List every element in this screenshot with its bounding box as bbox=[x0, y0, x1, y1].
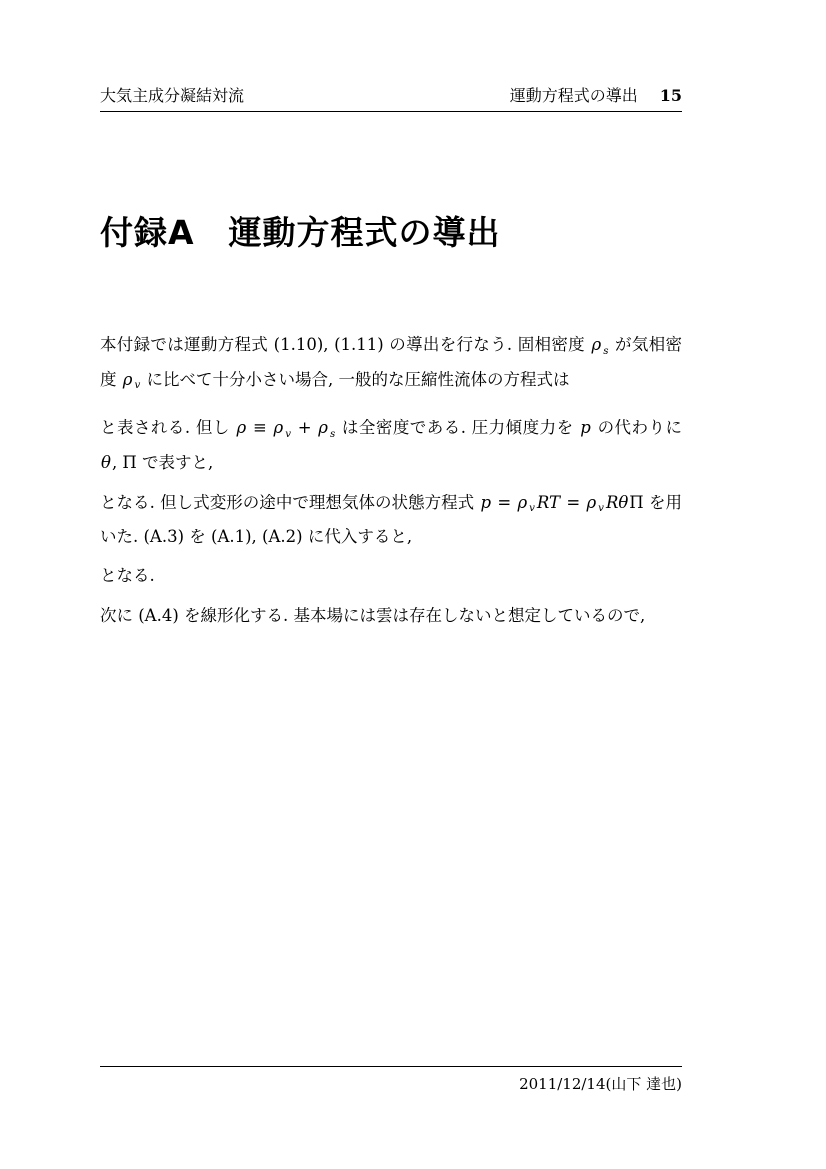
footer-date: 2011/12/14(山下 達也) bbox=[519, 1075, 682, 1093]
appendix-label: 付録A bbox=[100, 213, 195, 252]
header-right-title: 運動方程式の導出 bbox=[510, 86, 638, 106]
header-left-title: 大気主成分凝結対流 bbox=[100, 86, 244, 106]
paragraph-state-equation: となる. 但し式変形の途中で理想気体の状態方程式 p = ρvRT = ρvRθ… bbox=[100, 489, 682, 552]
appendix-title: 付録A運動方程式の導出 bbox=[100, 214, 682, 252]
paragraph-intro: 本付録では運動方程式 (1.10), (1.11) の導出を行なう. 固相密度 … bbox=[100, 331, 682, 400]
document-page: 大気主成分凝結対流 運動方程式の導出 15 付録A運動方程式の導出 本付録では運… bbox=[0, 0, 826, 1169]
paragraph-linearization: 次に (A.4) を線形化する. 基本場には雲は存在しないと想定しているので, bbox=[100, 602, 682, 630]
paragraph-density: と表される. 但し ρ ≡ ρv + ρs は全密度である. 圧力傾度力を p … bbox=[100, 414, 682, 477]
header-right-group: 運動方程式の導出 15 bbox=[510, 86, 682, 106]
page-footer: 2011/12/14(山下 達也) bbox=[100, 1066, 682, 1094]
paragraph-tonaru: となる. bbox=[100, 562, 682, 590]
page-number: 15 bbox=[660, 86, 682, 106]
page-header: 大気主成分凝結対流 運動方程式の導出 15 bbox=[100, 86, 682, 112]
appendix-title-text: 運動方程式の導出 bbox=[229, 213, 501, 252]
